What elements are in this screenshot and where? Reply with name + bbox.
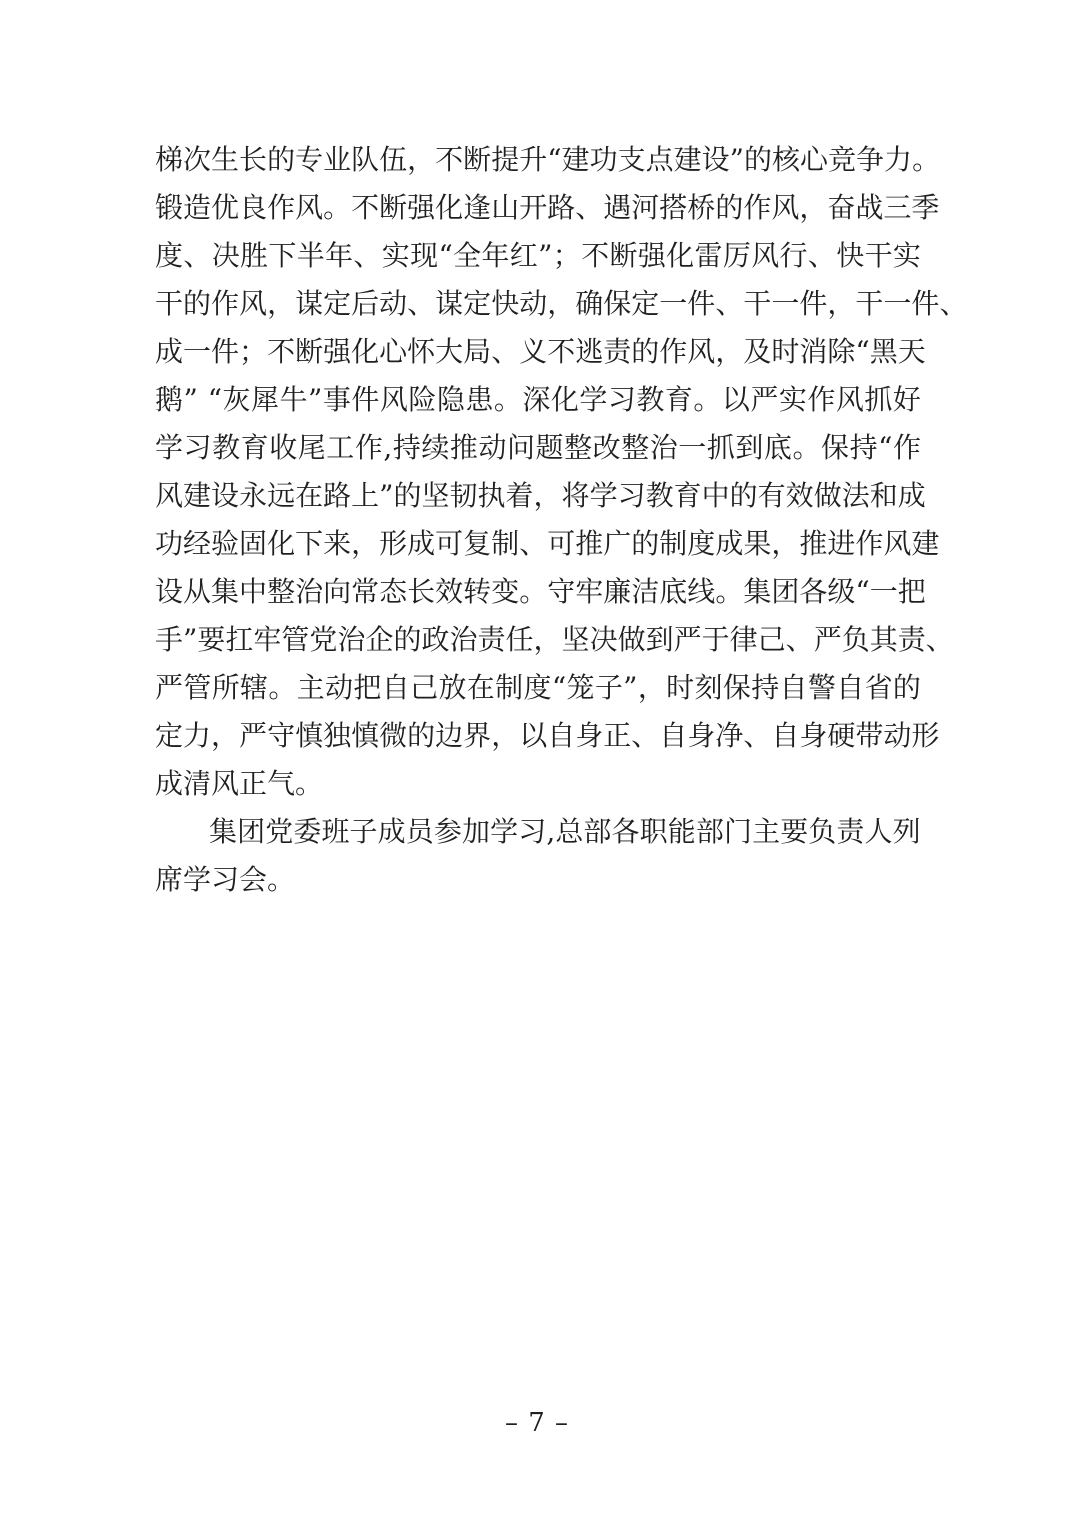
- text-char: 建: [562, 136, 590, 184]
- text-char: ，: [534, 616, 562, 664]
- text-char: 患: [465, 376, 493, 424]
- text-char: 管: [183, 664, 211, 712]
- text-char: 成: [378, 808, 406, 856]
- text-char: 育: [665, 376, 693, 424]
- text-char: 整: [621, 424, 649, 472]
- text-line: 集团党委班子成员参加学习,总部各职能部门主要负责人列: [155, 808, 921, 856]
- text-char: 工: [326, 424, 354, 472]
- text-char: 制: [495, 664, 523, 712]
- text-char: 严: [674, 616, 702, 664]
- text-char: 、: [353, 232, 381, 280]
- text-char: 山: [491, 184, 519, 232]
- text-char: 持: [393, 424, 421, 472]
- text-char: “: [547, 136, 561, 184]
- text-char: 辖: [240, 664, 268, 712]
- text-char: 来: [323, 520, 351, 568]
- text-char: 自: [382, 664, 410, 712]
- text-char: 负: [842, 616, 870, 664]
- text-char: 风: [751, 232, 779, 280]
- text-char: 。: [912, 136, 940, 184]
- text-char: 效: [435, 568, 463, 616]
- text-char: 时: [666, 664, 694, 712]
- text-char: 设: [211, 472, 239, 520]
- text-char: 风: [687, 328, 715, 376]
- text-char: 化: [351, 328, 379, 376]
- text-char: 定: [631, 280, 659, 328]
- text-line: 鹅” “灰犀牛”事件风险隐患。深化学习教育。以严实作风抓好: [155, 376, 921, 424]
- text-char: 员: [406, 808, 434, 856]
- text-char: 成: [407, 520, 435, 568]
- text-char: ，: [827, 280, 855, 328]
- text-char: 锻: [155, 184, 183, 232]
- text-char: 厉: [723, 232, 751, 280]
- text-char: ，: [351, 520, 379, 568]
- text-char: 独: [323, 712, 351, 760]
- text-char: 上: [351, 472, 379, 520]
- text-char: ,: [546, 808, 555, 856]
- text-char: 干: [865, 232, 893, 280]
- text-char: 教: [636, 376, 664, 424]
- text-char: 题: [536, 424, 564, 472]
- text-char: 奋: [827, 184, 855, 232]
- text-char: 风: [380, 376, 408, 424]
- text-char: 做: [618, 616, 646, 664]
- page-number: – 7 –: [0, 1406, 1074, 1440]
- text-line: 风建设永远在路上”的坚韧执着，将学习教育中的有效做法和成: [155, 472, 921, 520]
- text-char: 责: [603, 328, 631, 376]
- text-char: 习: [608, 376, 636, 424]
- text-char: 时: [771, 328, 799, 376]
- text-char: 现: [410, 232, 438, 280]
- text-char: 开: [519, 184, 547, 232]
- text-char: 的: [744, 136, 772, 184]
- text-char: 点: [646, 136, 674, 184]
- text-char: 动: [379, 280, 407, 328]
- text-char: 的: [183, 280, 211, 328]
- text-char: 怀: [407, 328, 435, 376]
- text-char: 定: [155, 712, 183, 760]
- text-char: 部: [696, 808, 724, 856]
- text-char: 严: [750, 376, 778, 424]
- text-char: 提: [491, 136, 519, 184]
- text-char: 问: [507, 424, 535, 472]
- text-char: 竞: [828, 136, 856, 184]
- text-char: 好: [893, 376, 921, 424]
- text-char: 广: [603, 520, 631, 568]
- text-char: 良: [239, 184, 267, 232]
- text-char: 远: [267, 472, 295, 520]
- text-char: 刻: [695, 664, 723, 712]
- text-char: 坚: [421, 472, 449, 520]
- text-char: ，: [534, 472, 562, 520]
- text-char: 团: [771, 568, 799, 616]
- text-char: 改: [593, 424, 621, 472]
- text-char: 中: [239, 568, 267, 616]
- text-char: 要: [780, 808, 808, 856]
- text-char: 己: [410, 664, 438, 712]
- text-char: 不: [267, 328, 295, 376]
- text-char: 法: [842, 472, 870, 520]
- text-char: 局: [463, 328, 491, 376]
- text-char: 大: [435, 328, 463, 376]
- text-char: 升: [519, 136, 547, 184]
- text-char: 的: [893, 664, 921, 712]
- text-char: 正: [603, 712, 631, 760]
- text-line: 席学习会。: [155, 856, 921, 904]
- text-char: 底: [659, 568, 687, 616]
- text-char: 。: [715, 568, 743, 616]
- text-char: 总: [555, 808, 583, 856]
- text-char: 定: [323, 280, 351, 328]
- text-char: 教: [212, 424, 240, 472]
- text-char: 桥: [687, 184, 715, 232]
- text-char: ,: [383, 424, 392, 472]
- text-char: 带: [855, 712, 883, 760]
- text-char: 企: [365, 616, 393, 664]
- text-char: 化: [435, 184, 463, 232]
- text-char: ，: [547, 280, 575, 328]
- text-char: 身: [799, 712, 827, 760]
- text-char: 整: [564, 424, 592, 472]
- text-char: 和: [870, 472, 898, 520]
- text-char: 风: [155, 472, 183, 520]
- text-line: 成清风正气。: [155, 760, 921, 808]
- text-char: 专: [295, 136, 323, 184]
- text-char: 、: [407, 280, 435, 328]
- document-page: 梯次生长的专业队伍，不断提升“建功支点建设”的核心竞争力。锻造优良作风。不断强化…: [0, 0, 1074, 1520]
- text-char: ，: [771, 520, 799, 568]
- text-char: 续: [421, 424, 449, 472]
- text-char: 微: [379, 712, 407, 760]
- text-char: 的: [715, 184, 743, 232]
- text-char: 、: [808, 232, 836, 280]
- text-char: 守: [267, 712, 295, 760]
- text-line: 定力，严守慎独慎微的边界，以自身正、自身净、自身硬带动形: [155, 712, 921, 760]
- text-char: 牢: [575, 568, 603, 616]
- text-char: 主: [752, 808, 780, 856]
- text-char: 教: [646, 472, 674, 520]
- text-char: 。: [792, 424, 820, 472]
- text-char: 遇: [603, 184, 631, 232]
- text-char: 自: [836, 664, 864, 712]
- text-char: 列: [893, 808, 921, 856]
- text-line: 干的作风，谋定后动、谋定快动，确保定一件、干一件，干一件、: [155, 280, 921, 328]
- text-char: 、: [575, 184, 603, 232]
- text-char: 效: [786, 472, 814, 520]
- text-char: 自: [780, 664, 808, 712]
- text-char: 着: [506, 472, 534, 520]
- text-char: 件: [351, 376, 379, 424]
- text-char: 伍: [379, 136, 407, 184]
- text-char: 一: [883, 280, 911, 328]
- text-char: 扛: [225, 616, 253, 664]
- text-char: 动: [883, 712, 911, 760]
- text-char: 深: [522, 376, 550, 424]
- text-char: 学: [579, 376, 607, 424]
- text-char: ”: [379, 472, 393, 520]
- text-char: 从: [183, 568, 211, 616]
- text-char: 成: [715, 520, 743, 568]
- text-char: 固: [239, 520, 267, 568]
- text-char: 风: [295, 184, 323, 232]
- text-char: 硬: [827, 712, 855, 760]
- text-char: 、: [491, 328, 519, 376]
- text-char: 党: [309, 616, 337, 664]
- text-char: 所: [212, 664, 240, 712]
- text-char: 件: [687, 280, 715, 328]
- text-char: 门: [724, 808, 752, 856]
- text-char: 加: [462, 808, 490, 856]
- text-char: 中: [702, 472, 730, 520]
- text-char: 梯: [155, 136, 183, 184]
- text-char: 有: [758, 472, 786, 520]
- text-char: 雷: [695, 232, 723, 280]
- text-char: 心: [800, 136, 828, 184]
- text-char: 逃: [575, 328, 603, 376]
- text-char: 抓: [707, 424, 735, 472]
- text-char: 断: [295, 328, 323, 376]
- text-char: 造: [183, 184, 211, 232]
- text-char: 主: [297, 664, 325, 712]
- text-char: 己: [758, 616, 786, 664]
- text-char: 职: [640, 808, 668, 856]
- text-char: 将: [562, 472, 590, 520]
- text-line: 梯次生长的专业队伍，不断提升“建功支点建设”的核心竞争力。: [155, 136, 921, 184]
- text-char: 成: [898, 472, 926, 520]
- text-char: 优: [211, 184, 239, 232]
- text-char: 、: [939, 280, 967, 328]
- text-char: 犀: [251, 376, 279, 424]
- text-char: 整: [267, 568, 295, 616]
- text-char: 路: [547, 184, 575, 232]
- text-char: 守: [547, 568, 575, 616]
- text-char: 严: [814, 616, 842, 664]
- text-char: 胜: [240, 232, 268, 280]
- text-char: 核: [772, 136, 800, 184]
- text-char: 的: [730, 472, 758, 520]
- text-char: 不: [581, 232, 609, 280]
- text-line: 功经验固化下来，形成可复制、可推广的制度成果，推进作风建: [155, 520, 921, 568]
- text-char: 度: [687, 520, 715, 568]
- text-char: 笼: [566, 664, 594, 712]
- text-char: 在: [467, 664, 495, 712]
- text-char: 化: [666, 232, 694, 280]
- text-char: ”: [308, 376, 322, 424]
- text-char: 收: [269, 424, 297, 472]
- text-char: 经: [183, 520, 211, 568]
- text-char: 快: [491, 280, 519, 328]
- text-char: 作: [267, 184, 295, 232]
- text-char: 级: [827, 568, 855, 616]
- text-char: 持: [751, 664, 779, 712]
- text-char: 育: [241, 424, 269, 472]
- text-char: ，: [211, 712, 239, 760]
- text-char: 后: [351, 280, 379, 328]
- text-char: ”: [538, 232, 552, 280]
- text-char: 自: [771, 712, 799, 760]
- text-char: 。: [494, 376, 522, 424]
- text-char: 三: [883, 184, 911, 232]
- text-char: 持: [850, 424, 878, 472]
- text-char: 功: [590, 136, 618, 184]
- text-char: 不: [435, 136, 463, 184]
- text-line: 手”要扛牢管党治企的政治责任，坚决做到严于律己、严负其责、: [155, 616, 921, 664]
- text-char: 形: [911, 712, 939, 760]
- text-char: [198, 376, 207, 424]
- text-char: 责: [478, 616, 506, 664]
- text-char: 业: [323, 136, 351, 184]
- text-char: 底: [764, 424, 792, 472]
- text-char: 学: [155, 424, 183, 472]
- text-char: 尾: [298, 424, 326, 472]
- text-char: 确: [575, 280, 603, 328]
- text-char: 争: [856, 136, 884, 184]
- text-char: 灰: [223, 376, 251, 424]
- text-char: 次: [183, 136, 211, 184]
- text-char: 。: [323, 184, 351, 232]
- text-char: 作: [855, 520, 883, 568]
- text-char: “: [855, 328, 869, 376]
- text-char: 子: [595, 664, 623, 712]
- text-char: 下: [268, 232, 296, 280]
- text-char: 子: [350, 808, 378, 856]
- text-char: 及: [743, 328, 771, 376]
- text-char: 全: [453, 232, 481, 280]
- text-char: 推: [450, 424, 478, 472]
- text-char: 坚: [562, 616, 590, 664]
- text-char: 果: [743, 520, 771, 568]
- text-char: 常: [351, 568, 379, 616]
- text-char: 实: [893, 232, 921, 280]
- text-char: 件: [211, 328, 239, 376]
- text-char: 设: [702, 136, 730, 184]
- text-char: 年: [325, 232, 353, 280]
- text-char: 复: [463, 520, 491, 568]
- text-char: 年: [481, 232, 509, 280]
- text-char: 律: [730, 616, 758, 664]
- text-char: 团: [237, 808, 265, 856]
- text-char: 行: [780, 232, 808, 280]
- text-char: 推: [575, 520, 603, 568]
- text-char: 一: [870, 568, 898, 616]
- text-char: 进: [827, 520, 855, 568]
- text-char: ，: [799, 184, 827, 232]
- text-char: 净: [715, 712, 743, 760]
- text-char: 以: [519, 712, 547, 760]
- text-char: 可: [435, 520, 463, 568]
- text-char: 干: [743, 280, 771, 328]
- text-char: 、: [743, 712, 771, 760]
- text-char: 保: [603, 280, 631, 328]
- text-char: 推: [799, 520, 827, 568]
- text-char: 治: [295, 568, 323, 616]
- text-char: 集: [211, 568, 239, 616]
- text-char: 度: [155, 232, 183, 280]
- text-char: 委: [293, 808, 321, 856]
- text-char: 黑: [870, 328, 898, 376]
- text-char: 动: [325, 664, 353, 712]
- text-char: 的: [631, 328, 659, 376]
- text-char: 决: [590, 616, 618, 664]
- text-char: 警: [808, 664, 836, 712]
- text-char: 的: [267, 136, 295, 184]
- text-char: “: [878, 424, 892, 472]
- text-char: 廉: [603, 568, 631, 616]
- text-char: 转: [463, 568, 491, 616]
- text-char: ”: [184, 376, 198, 424]
- text-char: 红: [510, 232, 538, 280]
- text-char: 治: [337, 616, 365, 664]
- text-char: 学: [590, 472, 618, 520]
- text-char: 成: [155, 328, 183, 376]
- text-line: 设从集中整治向常态长效转变。守牢廉洁底线。集团各级“一把: [155, 568, 921, 616]
- text-char: 断: [379, 184, 407, 232]
- text-char: 能: [668, 808, 696, 856]
- text-char: 一: [183, 328, 211, 376]
- text-char: 要: [197, 616, 225, 664]
- text-char: 度: [523, 664, 551, 712]
- text-char: 任: [506, 616, 534, 664]
- text-char: 义: [519, 328, 547, 376]
- text-char: 战: [855, 184, 883, 232]
- text-char: 、: [183, 232, 211, 280]
- text-char: 形: [379, 520, 407, 568]
- text-char: 学: [490, 808, 518, 856]
- text-char: 其: [870, 616, 898, 664]
- text-char: 路: [323, 472, 351, 520]
- text-char: 向: [323, 568, 351, 616]
- text-char: 风: [771, 184, 799, 232]
- text-char: 严: [155, 664, 183, 712]
- text-char: 险: [408, 376, 436, 424]
- text-line: 严管所辖。主动把自己放在制度“笼子”，时刻保持自警自省的: [155, 664, 921, 712]
- text-char: 支: [618, 136, 646, 184]
- text-char: 治: [449, 616, 477, 664]
- text-char: 、: [631, 712, 659, 760]
- text-char: 参: [434, 808, 462, 856]
- text-char: ；: [239, 328, 267, 376]
- text-char: 干: [855, 280, 883, 328]
- text-char: 作: [659, 328, 687, 376]
- text-char: 、: [519, 520, 547, 568]
- text-char: 线: [687, 568, 715, 616]
- text-char: 搭: [659, 184, 687, 232]
- text-char: 习: [184, 424, 212, 472]
- text-char: 建: [674, 136, 702, 184]
- text-char: 强: [407, 184, 435, 232]
- text-char: 习: [518, 808, 546, 856]
- text-char: 断: [609, 232, 637, 280]
- text-char: 建: [911, 520, 939, 568]
- text-char: 件: [799, 280, 827, 328]
- text-char: 牢: [253, 616, 281, 664]
- text-char: 力: [183, 712, 211, 760]
- text-char: 部: [583, 808, 611, 856]
- text-char: 手: [155, 616, 183, 664]
- text-char: 实: [382, 232, 410, 280]
- text-char: 把: [898, 568, 926, 616]
- text-char: “: [855, 568, 869, 616]
- text-char: 在: [295, 472, 323, 520]
- text-char: 下: [295, 520, 323, 568]
- text-char: 逢: [463, 184, 491, 232]
- text-char: 慎: [295, 712, 323, 760]
- text-char: 的: [393, 616, 421, 664]
- text-char: 政: [421, 616, 449, 664]
- text-char: 习: [618, 472, 646, 520]
- text-char: 牛: [280, 376, 308, 424]
- text-char: 管: [281, 616, 309, 664]
